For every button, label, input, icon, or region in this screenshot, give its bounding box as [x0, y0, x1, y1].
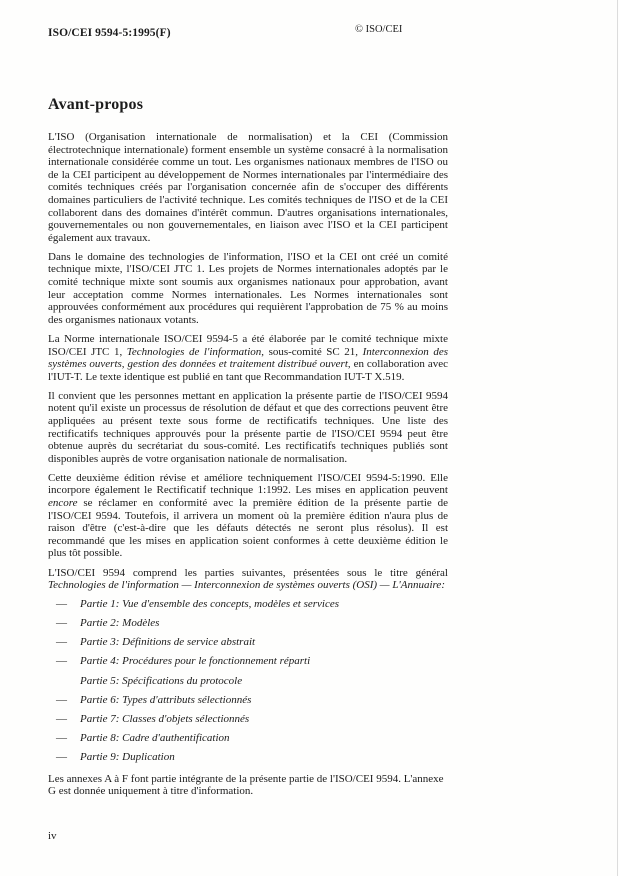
- paragraph-jtc1: Dans le domaine des technologies de l'in…: [48, 251, 448, 327]
- dash-bullet: —: [48, 636, 80, 649]
- dash-bullet: —: [48, 598, 80, 611]
- dash-bullet: —: [48, 751, 80, 764]
- list-item-partie-3: — Partie 3: Définitions de service abstr…: [48, 636, 448, 649]
- copyright-notice: © ISO/CEI: [355, 24, 402, 35]
- dash-bullet: —: [48, 655, 80, 668]
- document-number: ISO/CEI 9594-5:1995(F): [48, 27, 171, 39]
- parts-list: — Partie 1: Vue d'ensemble des concepts,…: [48, 598, 448, 763]
- list-item-partie-8: — Partie 8: Cadre d'authentification: [48, 732, 448, 745]
- dash-bullet: —: [48, 713, 80, 726]
- list-item-label: Partie 6: Types d'attributs sélectionnés: [80, 694, 251, 707]
- page-header: ISO/CEI 9594-5:1995(F) © ISO/CEI: [48, 23, 619, 39]
- dash-bullet: —: [48, 694, 80, 707]
- list-item-label: Partie 9: Duplication: [80, 751, 175, 764]
- list-item-partie-6: — Partie 6: Types d'attributs sélectionn…: [48, 694, 448, 707]
- list-item-label: Partie 4: Procédures pour le fonctionnem…: [80, 655, 310, 668]
- list-item-label: Partie 2: Modèles: [80, 617, 159, 630]
- list-item-label: Partie 7: Classes d'objets sélectionnés: [80, 713, 249, 726]
- list-item-partie-2: — Partie 2: Modèles: [48, 617, 448, 630]
- paragraph-deuxieme-edition: Cette deuxième édition révise et amélior…: [48, 472, 448, 560]
- foreword-section: Avant-propos L'ISO (Organisation interna…: [48, 96, 448, 798]
- section-title: Avant-propos: [48, 96, 448, 114]
- list-item-label: Partie 1: Vue d'ensemble des concepts, m…: [80, 598, 339, 611]
- paragraph-rectificatifs: Il convient que les personnes mettant en…: [48, 390, 448, 466]
- list-item-partie-9: — Partie 9: Duplication: [48, 751, 448, 764]
- paragraph-titre-general: L'ISO/CEI 9594 comprend les parties suiv…: [48, 567, 448, 592]
- dash-bullet: [48, 675, 80, 688]
- list-item-partie-5: Partie 5: Spécifications du protocole: [48, 675, 448, 688]
- list-item-label: Partie 5: Spécifications du protocole: [80, 675, 242, 688]
- scan-edge-line: [617, 0, 618, 876]
- list-item-label: Partie 8: Cadre d'authentification: [80, 732, 230, 745]
- list-item-partie-1: — Partie 1: Vue d'ensemble des concepts,…: [48, 598, 448, 611]
- closing-paragraph: Les annexes A à F font partie intégrante…: [48, 773, 453, 798]
- paragraph-iso-cei-intro: L'ISO (Organisation internationale de no…: [48, 131, 448, 244]
- list-item-partie-7: — Partie 7: Classes d'objets sélectionné…: [48, 713, 448, 726]
- dash-bullet: —: [48, 732, 80, 745]
- document-page: ISO/CEI 9594-5:1995(F) © ISO/CEI Avant-p…: [0, 0, 619, 876]
- list-item-label: Partie 3: Définitions de service abstrai…: [80, 636, 255, 649]
- dash-bullet: —: [48, 617, 80, 630]
- paragraph-norme-elaboration: La Norme internationale ISO/CEI 9594-5 a…: [48, 333, 448, 383]
- page-number: iv: [48, 830, 57, 842]
- list-item-partie-4: — Partie 4: Procédures pour le fonctionn…: [48, 655, 448, 668]
